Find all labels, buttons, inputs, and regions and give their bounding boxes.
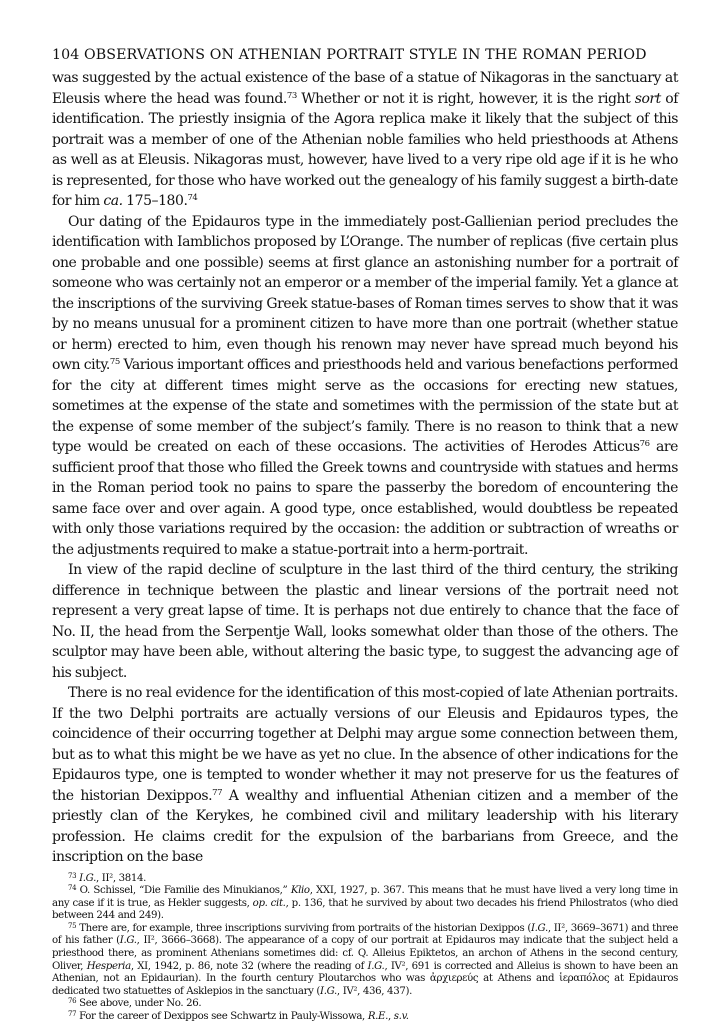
footnote-number: 75 [68, 922, 76, 930]
italic-text: I.G. [320, 986, 337, 997]
footnote: 73 I.G., II², 3814. [52, 873, 678, 886]
text-run: of identification. The priestly insignia… [52, 91, 678, 210]
footnote-reference: 76 [640, 439, 650, 449]
text-run: There are, for example, three inscriptio… [79, 923, 531, 934]
text-run: , II², 3814. [96, 873, 146, 884]
text-run: O. Schissel, “Die Familie des Minukianos… [80, 885, 291, 896]
text-run: There is no real evidence for the identi… [52, 685, 678, 804]
footnote: 76 See above, under No. 26. [52, 998, 678, 1011]
paragraph: Our dating of the Epidauros type in the … [52, 212, 678, 561]
footnote: 75 There are, for example, three inscrip… [52, 923, 678, 999]
footnote-reference: 77 [212, 788, 222, 798]
document-page: 104 OBSERVATIONS ON ATHENIAN PORTRAIT ST… [52, 44, 678, 1024]
italic-text: Klio [291, 885, 310, 896]
italic-text: I.G. [120, 935, 137, 946]
paragraph: There is no real evidence for the identi… [52, 683, 678, 868]
footnote-number: 76 [68, 997, 76, 1005]
text-run: Various important offices and priesthood… [52, 357, 678, 455]
italic-text: s.v. [394, 1011, 409, 1022]
italic-text: R.E. [368, 1011, 388, 1022]
footnotes: 73 I.G., II², 3814.74 O. Schissel, “Die … [52, 873, 678, 1024]
paragraph: In view of the rapid decline of sculptur… [52, 560, 678, 683]
footnote-number: 77 [68, 1010, 76, 1018]
italic-text: ca. [103, 193, 122, 209]
running-head: 104 OBSERVATIONS ON ATHENIAN PORTRAIT ST… [52, 44, 678, 66]
text-run: , XI, 1942, p. 86, note 32 (where the re… [131, 961, 368, 972]
footnote-reference: 75 [110, 357, 120, 367]
text-run: See above, under No. 26. [79, 998, 201, 1009]
italic-text: I.G. [79, 873, 96, 884]
footnote-number: 73 [68, 872, 76, 880]
text-run: , IV², 436, 437). [337, 986, 412, 997]
body-text: was suggested by the actual existence of… [52, 68, 678, 868]
paragraph: was suggested by the actual existence of… [52, 68, 678, 212]
italic-text: op. cit. [253, 898, 286, 909]
running-title: OBSERVATIONS ON ATHENIAN PORTRAIT STYLE … [84, 47, 647, 63]
italic-text: Hesperia [87, 961, 131, 972]
footnote-number: 74 [68, 884, 76, 892]
italic-text: I.G. [531, 923, 548, 934]
text-run: Whether or not it is right, however, it … [297, 91, 635, 107]
italic-text: I.G. [368, 961, 385, 972]
footnote: 74 O. Schissel, “Die Familie des Minukia… [52, 885, 678, 923]
text-run: In view of the rapid decline of sculptur… [52, 562, 678, 681]
footnote-reference: 73 [287, 91, 297, 101]
text-run: 175–180. [123, 193, 188, 209]
page-number: 104 [52, 47, 79, 63]
footnote-reference: 74 [187, 193, 197, 203]
italic-text: sort [635, 91, 661, 107]
footnote: 77 For the career of Dexippos see Schwar… [52, 1011, 678, 1024]
text-run: are sufficient proof that those who fill… [52, 439, 678, 558]
text-run: For the career of Dexippos see Schwartz … [79, 1011, 368, 1022]
text-run: Our dating of the Epidauros type in the … [52, 214, 678, 374]
